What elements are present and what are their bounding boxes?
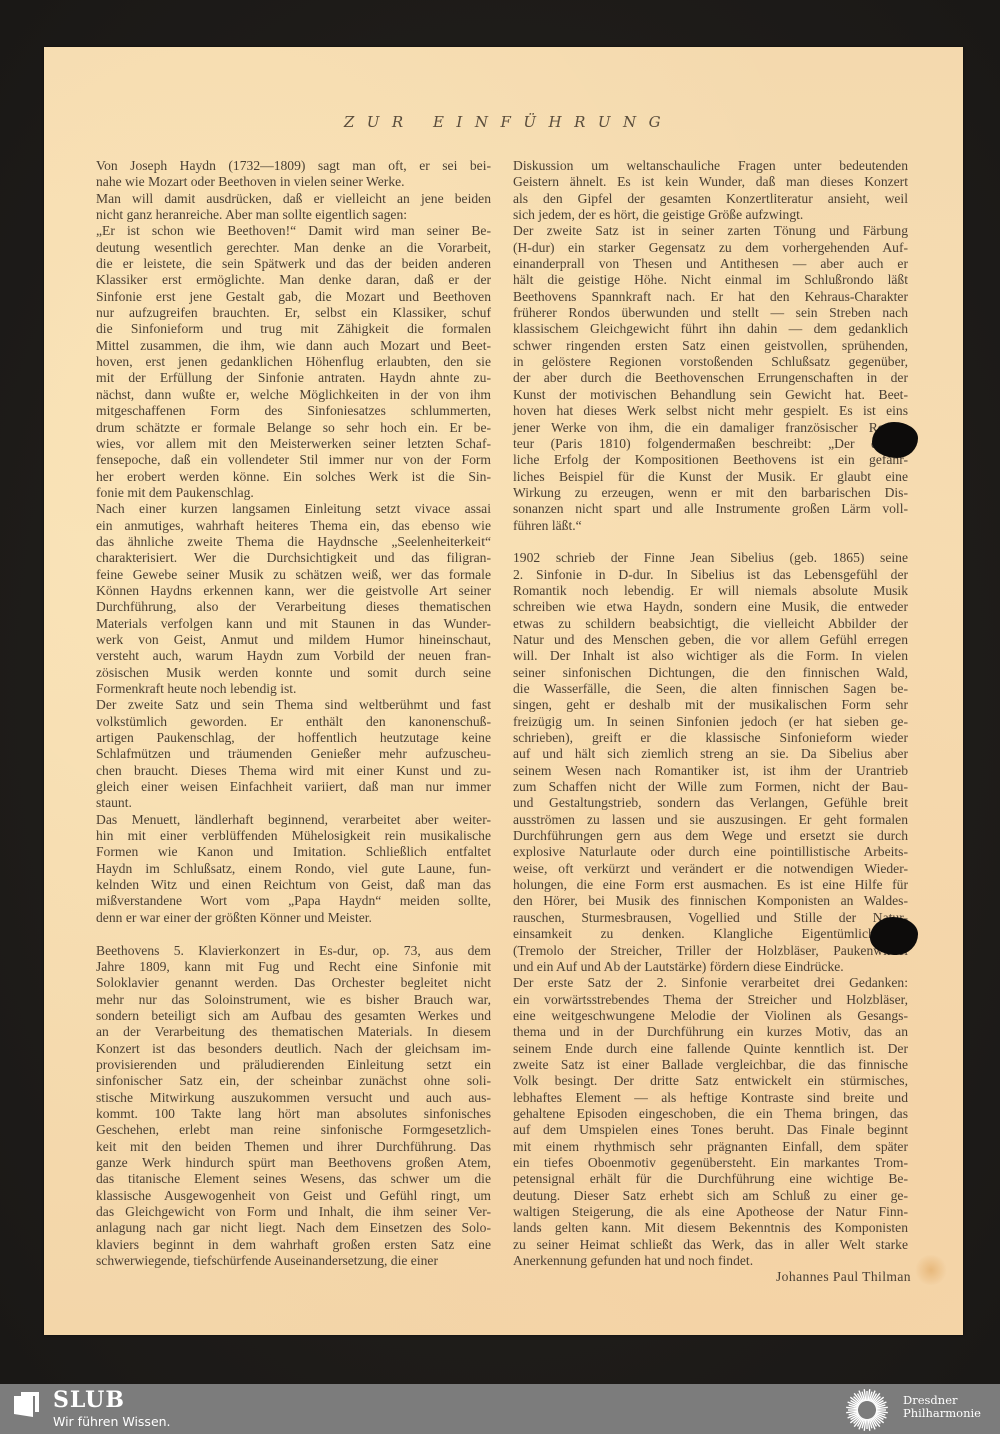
- text-line: Mittel zusammen, die ihm, wie dann auch …: [96, 338, 491, 354]
- text-line: ein anmutiges, wahrhaft heiteres Thema e…: [96, 518, 491, 534]
- text-line: 1902 schrieb der Finne Jean Sibelius (ge…: [513, 550, 908, 566]
- right-column: Diskussion um weltanschauliche Fragen un…: [513, 158, 908, 1269]
- text-line: schwerwiegende, tiefschürfende Auseinand…: [96, 1253, 491, 1269]
- text-line: seinem Wesen nach Romantiker ist, ist ih…: [513, 763, 908, 779]
- text-line: anlagung nach gar nicht liegt. Nach dem …: [96, 1220, 491, 1236]
- text-line: das Gleichgewicht von Form und Inhalt, d…: [96, 1204, 491, 1220]
- punch-hole-bottom: [870, 917, 918, 955]
- text-line: Romantik noch lebendig. Er will niemals …: [513, 583, 908, 599]
- text-line: zösischen Musik werden konnte und somit …: [96, 665, 491, 681]
- text-line: ganze Werk hindurch spürt man Beethovens…: [96, 1155, 491, 1171]
- text-line: eine weitgeschwungene Melodie der Violin…: [513, 1008, 908, 1024]
- text-line: teur (Paris 1810) folgendermaßen beschre…: [513, 436, 908, 452]
- text-line: Nach einer kurzen langsamen Einleitung s…: [96, 501, 491, 517]
- text-line: mit einem rhythmisch sehr prägnanten Ein…: [513, 1139, 908, 1155]
- text-line: die Sinfonieform und trug mit Zähigkeit …: [96, 321, 491, 337]
- text-line: sinfonischer Satz ein, der scheinbar zun…: [96, 1073, 491, 1089]
- text-line: Formen wie Kanon und Imitation. Schließl…: [96, 844, 491, 860]
- text-line: Sinfonie erst jene Gestalt gab, die Moza…: [96, 289, 491, 305]
- left-column: Von Joseph Haydn (1732—1809) sagt man of…: [96, 158, 491, 1269]
- text-line: chen braucht. Dieses Thema wird mit eine…: [96, 763, 491, 779]
- text-line: hoven hat dieses Werk selbst nicht mehr …: [513, 403, 908, 419]
- text-line: Haydn im Schlußsatz, einem Rondo, viel g…: [96, 861, 491, 877]
- text-line: waltigen Steigerung, die als eine Apothe…: [513, 1204, 908, 1220]
- text-line: und Gestaltungstrieb, sondern das Verlan…: [513, 795, 908, 811]
- text-line: sich jedem, der es hört, die geistige Gr…: [513, 207, 908, 223]
- text-line: klassische Ausgewogenheit von Geist und …: [96, 1188, 491, 1204]
- text-line: schreiben wie etwa Haydn, sondern eine M…: [513, 599, 908, 615]
- text-line: deutung. Dieser Satz erhebt sich am Schl…: [513, 1188, 908, 1204]
- text-line: lands gelten kann. Mit diesem Bekenntnis…: [513, 1220, 908, 1236]
- text-line: das titanische Element seines Wesens, da…: [96, 1171, 491, 1187]
- text-line: nicht ganz heranreiche. Aber man sollte …: [96, 207, 491, 223]
- text-line: mißverstandene Wort vom „Papa Haydn“ mei…: [96, 893, 491, 909]
- text-line: auf dem Umspielen eines Tones beruht. Da…: [513, 1122, 908, 1138]
- text-line: lebhaftes Element — als heftige Kontrast…: [513, 1090, 908, 1106]
- document-page: ZUR EINFÜHRUNG Von Joseph Haydn (1732—18…: [44, 47, 963, 1335]
- text-line: drum schätzte er formale Belange so sehr…: [96, 420, 491, 436]
- text-line: einsamkeit zu denken. Klangliche Eigentü…: [513, 926, 908, 942]
- text-line: artigen Paukenschlag, der hoffentlich he…: [96, 730, 491, 746]
- page-title: ZUR EINFÜHRUNG: [44, 113, 963, 131]
- text-line: klassischem Gleichgewicht führt ihn dahi…: [513, 321, 908, 337]
- text-line: staunt.: [96, 795, 491, 811]
- text-line: das ähnliche zweite Thema die Haydnsche …: [96, 534, 491, 550]
- text-line: Konzert ist das besonders deutlich. Nach…: [96, 1041, 491, 1057]
- text-line: Anerkennung gefunden hat und noch findet…: [513, 1253, 908, 1269]
- text-line: Beethovens Spannkraft nach. Er hat den K…: [513, 289, 908, 305]
- text-line: kelnden Witz und einen Reichtum von Geis…: [96, 877, 491, 893]
- text-line: Der erste Satz der 2. Sinfonie verarbeit…: [513, 975, 908, 991]
- dresdner-philharmonie-sunburst-icon: [840, 1388, 894, 1432]
- text-line: denn er war einer der größten Könner und…: [96, 910, 491, 926]
- text-line: die er leistete, die sein Spätwerk und d…: [96, 256, 491, 272]
- dp-name-line2: Philharmonie: [903, 1407, 981, 1420]
- text-line: schrieben), greift er die klassische Sin…: [513, 730, 908, 746]
- text-line: feine Gewebe seiner Musik zu schätzen we…: [96, 567, 491, 583]
- text-line: gleich einer weisen Einfachheit variiert…: [96, 779, 491, 795]
- punch-hole-top: [872, 422, 918, 458]
- text-line: schwer ringenden ersten Satz einen geist…: [513, 338, 908, 354]
- text-line: her erobert werden könne. Ein solches We…: [96, 469, 491, 485]
- text-line: klaviers beginnt in dem wahrhaft großen …: [96, 1237, 491, 1253]
- text-line: fensepoche, daß ein vollendeter Stil imm…: [96, 452, 491, 468]
- text-line: Der zweite Satz und sein Thema sind welt…: [96, 697, 491, 713]
- text-line: Klassiker erst ermöglichte. Man denke da…: [96, 272, 491, 288]
- text-line: provisierenden und präludierenden Einlei…: [96, 1057, 491, 1073]
- text-line: Der zweite Satz ist in seiner zarten Tön…: [513, 223, 908, 239]
- text-line: seinem Ende durch eine fallende Quinte k…: [513, 1041, 908, 1057]
- text-line: seiner sinfonischen Dichtungen, die den …: [513, 665, 908, 681]
- text-line: keit mit den beiden Themen und ihrer Dur…: [96, 1139, 491, 1155]
- text-line: Von Joseph Haydn (1732—1809) sagt man of…: [96, 158, 491, 174]
- footer-bar: SLUB Wir führen Wissen. Dresdner Philhar…: [0, 1384, 1000, 1434]
- text-line: der aber durch die Beethovenschen Errung…: [513, 370, 908, 386]
- text-line: zum Schaffen nicht der Wille zum Formen,…: [513, 779, 908, 795]
- text-line: sonanzen nicht spart und alle Instrument…: [513, 501, 908, 517]
- text-line: die Wasserfälle, die Seen, die alten fin…: [513, 681, 908, 697]
- text-line: (Tremolo der Streicher, Triller der Holz…: [513, 943, 908, 959]
- text-line: weise, oft verkürzt und verändert er die…: [513, 861, 908, 877]
- text-line: und ein Auf und Ab der Lautstärke) förde…: [513, 959, 908, 975]
- text-line: versteht auch, warum Haydn zum Vorbild d…: [96, 648, 491, 664]
- text-line: liche Erfolg der Kompositionen Beethoven…: [513, 452, 908, 468]
- text-line: früherer Rondos überwunden und stellt — …: [513, 305, 908, 321]
- text-line: will. Der Inhalt ist also wichtiger als …: [513, 648, 908, 664]
- text-line: Durchführung, also der Verarbeitung dies…: [96, 599, 491, 615]
- text-line: ein tiefes Oboenmotiv gegenübersteht. Ei…: [513, 1155, 908, 1171]
- text-line: nahe wie Mozart oder Beethoven in vielen…: [96, 174, 491, 190]
- text-line: als den Gipfel der gesamten Konzertliter…: [513, 191, 908, 207]
- text-line: thema und in der Durchführung ein kurzes…: [513, 1024, 908, 1040]
- text-line: petensignal erhält für die Durchführung …: [513, 1171, 908, 1187]
- text-line: zu seiner Heimat schließt das Werk, das …: [513, 1237, 908, 1253]
- text-line: etwas zu schildern beabsichtigt, die vie…: [513, 616, 908, 632]
- text-line: fonie mit dem Paukenschlag.: [96, 485, 491, 501]
- text-line: Volk besingt. Der dritte Satz entwickelt…: [513, 1073, 908, 1089]
- text-line: sondern beteiligt sich am Aufbau des ges…: [96, 1008, 491, 1024]
- text-line: volkstümlich geworden. Er enthält den ka…: [96, 714, 491, 730]
- text-line: Soloklavier genannt werden. Das Orcheste…: [96, 975, 491, 991]
- text-line: Formenkraft heute noch lebendig ist.: [96, 681, 491, 697]
- text-line: mit der Erfüllung der Sinfonie antraten.…: [96, 370, 491, 386]
- text-line: Durchführungen gern aus dem Wege und ers…: [513, 828, 908, 844]
- text-line: in gelöstere Regionen vorstoßenden Schlu…: [513, 354, 908, 370]
- text-line: Diskussion um weltanschauliche Fragen un…: [513, 158, 908, 174]
- text-line: (H-dur) ein starker Gegensatz zu dem vor…: [513, 240, 908, 256]
- text-line: 2. Sinfonie in D-dur. In Sibelius ist da…: [513, 567, 908, 583]
- text-line: Natur und des Menschen geben, die vor al…: [513, 632, 908, 648]
- text-line: wies, vor allem mit den Meisterwerken se…: [96, 436, 491, 452]
- slub-book-icon: [12, 1390, 42, 1418]
- text-line: auf und hält sich ziemlich streng an sie…: [513, 746, 908, 762]
- text-line: hoven, erst jenen gedanklichen Höhenflug…: [96, 354, 491, 370]
- text-line: Kunst der motivischen Behandlung sein Ge…: [513, 387, 908, 403]
- paper-stain: [914, 1255, 948, 1285]
- text-line: einanderprall von Thesen und Antithesen …: [513, 256, 908, 272]
- text-line: mehr nur das Soloinstrument, wie es bish…: [96, 992, 491, 1008]
- text-line: jener Werke von ihm, die ein damaliger f…: [513, 420, 908, 436]
- text-line: führen läßt.“: [513, 518, 908, 534]
- text-line: Können Haydns erkennen kann, wer die gei…: [96, 583, 491, 599]
- text-line: holungen, die eine Form erst ausmachen. …: [513, 877, 908, 893]
- text-line: gehaltene Episoden eingeschoben, die ein…: [513, 1106, 908, 1122]
- slub-logo-tagline: Wir führen Wissen.: [53, 1414, 171, 1429]
- text-line: kommt. 100 Takte lang hört man absolutes…: [96, 1106, 491, 1122]
- text-line: rauschen, Sturmesbrausen, Vogellied und …: [513, 910, 908, 926]
- text-line: Das Menuett, ländlerhaft beginnend, vera…: [96, 812, 491, 828]
- text-line: den Hörer, bei Musik des finnischen Komp…: [513, 893, 908, 909]
- text-line: hin mit einer verblüffenden Mühelosigkei…: [96, 828, 491, 844]
- text-line: charakterisiert. Wer die Durchsichtigkei…: [96, 550, 491, 566]
- text-line: hält die geistige Höhe. Nicht einmal im …: [513, 272, 908, 288]
- text-line: Man will damit ausdrücken, daß er vielle…: [96, 191, 491, 207]
- text-line: deutung wesentlich gerechter. Man denke …: [96, 240, 491, 256]
- text-line: Jahre 1809, kann mit Fug und Recht eine …: [96, 959, 491, 975]
- text-line: nur aufzugreifen brauchten. Er, selbst e…: [96, 305, 491, 321]
- text-line: explosive Naturlaute oder durch eine poi…: [513, 844, 908, 860]
- slub-logo-name: SLUB: [53, 1387, 125, 1413]
- text-line: Schlafmützen und träumenden Genießer meh…: [96, 746, 491, 762]
- dresdner-philharmonie-name: Dresdner Philharmonie: [903, 1394, 981, 1420]
- author-signature: Johannes Paul Thilman: [776, 1269, 911, 1285]
- text-line: ausströmen zu lassen und sie auszusingen…: [513, 812, 908, 828]
- text-line: freizügig um. In seinen Sinfonien jedoch…: [513, 714, 908, 730]
- paragraph-gap: [96, 926, 491, 942]
- text-line: Geistern ähnelt. Es ist kein Wunder, daß…: [513, 174, 908, 190]
- paragraph-gap: [513, 534, 908, 550]
- text-line: Beethovens 5. Klavierkonzert in Es-dur, …: [96, 943, 491, 959]
- text-line: werk von Geist, Anmut und mildem Humor h…: [96, 632, 491, 648]
- text-line: singen, geht er deshalb mit der musikali…: [513, 697, 908, 713]
- text-line: zweite Satz ist einer Ballade vergleichb…: [513, 1057, 908, 1073]
- text-line: ein vorwärtsstrebendes Thema der Streich…: [513, 992, 908, 1008]
- text-line: „Er ist schon wie Beethoven!“ Damit wird…: [96, 223, 491, 239]
- text-line: mitgeschaffenen Form des Sinfoniesatzes …: [96, 403, 491, 419]
- text-line: Materials verfolgen kann und mit Staunen…: [96, 616, 491, 632]
- text-line: stische Mitwirkung auszukommen versucht …: [96, 1090, 491, 1106]
- text-line: Wirkung zu erzeugen, wenn er mit den bar…: [513, 485, 908, 501]
- text-line: nächst, dann wußte er, welche Möglichkei…: [96, 387, 491, 403]
- text-line: an der Verarbeitung des thematischen Mat…: [96, 1024, 491, 1040]
- text-line: liches Beispiel für die Kunst der Musik.…: [513, 469, 908, 485]
- text-line: Geschehen, erlebt man reine sinfonische …: [96, 1122, 491, 1138]
